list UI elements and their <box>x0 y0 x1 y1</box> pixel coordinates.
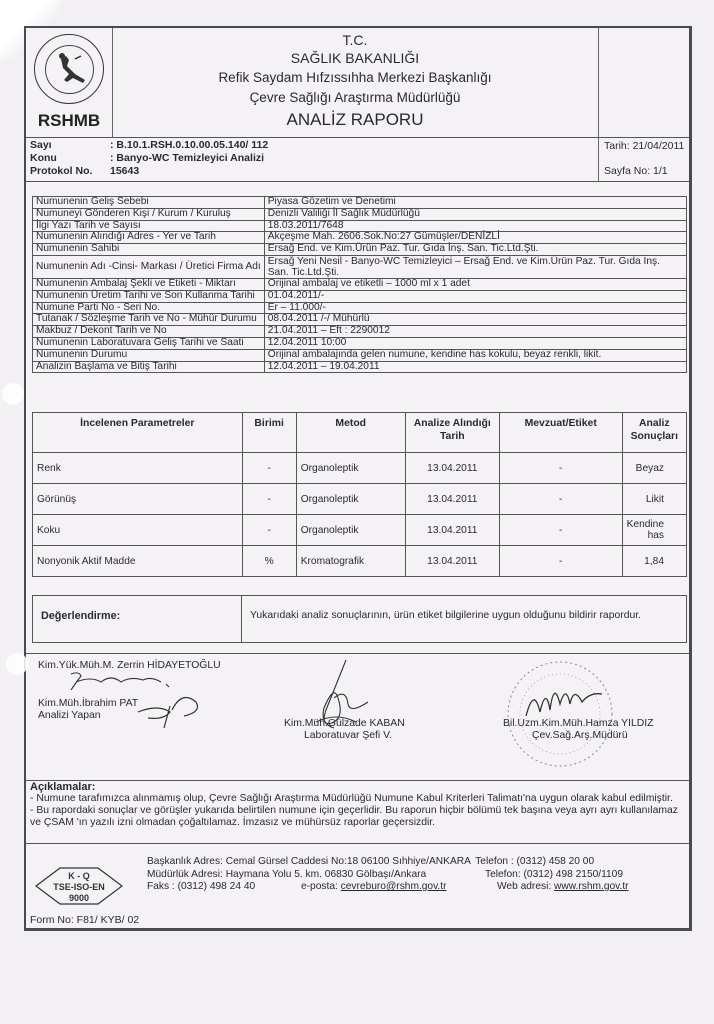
col-header-regulation: Mevzuat/Etiket <box>499 413 622 453</box>
col-header-parameter: İncelenen Parametreler <box>33 413 243 453</box>
parameter-cell: Koku <box>33 515 243 546</box>
regulation-cell: - <box>499 484 622 515</box>
unit-cell: - <box>242 515 296 546</box>
info-row: Tutanak / Sözleşme Tarih ve No - Mühür D… <box>33 314 687 326</box>
table-row: Koku-Organoleptik13.04.2011-Kendine has <box>33 515 687 546</box>
institution-seal-icon <box>34 34 104 104</box>
table-row: Renk-Organoleptik13.04.2011-Beyaz <box>33 453 687 484</box>
signer-2-name: Kim.Müh.İbrahim PAT <box>38 698 138 710</box>
fax-number: Faks : (0312) 498 24 40 <box>147 881 255 892</box>
info-value: 12.04.2011 – 19.04.2011 <box>264 361 686 373</box>
protokol-label: Protokol No. <box>30 165 110 178</box>
evaluation-label: Değerlendirme: <box>41 610 120 622</box>
date-cell: 13.04.2011 <box>405 546 499 577</box>
email-label: e-posta: <box>301 881 341 892</box>
signer-4-name: Bil.Uzm.Kim.Müh.Hamza YILDIZ <box>503 718 654 730</box>
info-row: Numunenin Geliş SebebiPiyasa Gözetim ve … <box>33 197 687 209</box>
sample-info-table: Numunenin Geliş SebebiPiyasa Gözetim ve … <box>32 196 687 373</box>
method-cell: Organoleptik <box>296 515 405 546</box>
notes-title: Açıklamalar: <box>30 781 690 793</box>
konu-label: Konu <box>30 152 110 165</box>
report-page: RSHMB T.C. SAĞLIK BAKANLIĞI Refik Saydam… <box>24 26 692 931</box>
report-date: Tarih: 21/04/2011 <box>604 140 684 152</box>
info-row: Numuneyi Gönderen Kişi / Kurum / Kuruluş… <box>33 208 687 220</box>
signature-2-icon <box>136 690 216 730</box>
info-value: Akçeşme Mah. 2606.Sok.No:27 Gümüşler/DEN… <box>264 232 686 244</box>
web-label: Web adresi: <box>497 881 554 892</box>
info-row: Numunenin Laboratuvara Geliş Tarihi ve S… <box>33 337 687 349</box>
unit-cell: - <box>242 484 296 515</box>
konu-value: : Banyo-WC Temizleyici Analizi <box>110 152 264 165</box>
result-cell: Beyaz <box>622 453 686 484</box>
ministry-line: SAĞLIK BAKANLIĞI <box>112 49 598 67</box>
svg-text:TSE-ISO-EN: TSE-ISO-EN <box>53 882 105 892</box>
unit-cell: - <box>242 453 296 484</box>
report-title: ANALİZ RAPORU <box>112 111 598 129</box>
punch-hole <box>6 653 28 675</box>
report-header: RSHMB T.C. SAĞLIK BAKANLIĞI Refik Saydam… <box>26 28 689 138</box>
protokol-value: 15643 <box>110 165 139 178</box>
col-header-result: Analiz Sonuçları <box>622 413 686 453</box>
method-cell: Organoleptik <box>296 484 405 515</box>
institution-line: Refik Saydam Hıfzıssıhha Merkezi Başkanl… <box>112 69 598 87</box>
info-row: Numunenin Ambalaj Şekli ve Etiketi - Mik… <box>33 278 687 290</box>
col-header-date: Analize Alındığı Tarih <box>405 413 499 453</box>
footer: K - Q TSE-ISO-EN 9000 Başkanlık Adres: C… <box>26 843 689 914</box>
signer-2-role: Analizi Yapan <box>38 710 101 722</box>
report-meta: Sayı : B.10.1.RSH.0.10.00.05.140/ 112 Ko… <box>26 137 689 182</box>
info-label: Numunenin Adı -Cinsi- Markası / Üretici … <box>33 255 265 278</box>
info-value: Ersağ End. ve Kim.Ürün Paz. Tur. Gıda İn… <box>264 244 686 256</box>
directorate-address: Müdürlük Adresi: Haymana Yolu 5. km. 068… <box>147 869 426 880</box>
notes-section: Açıklamalar: - Numune tarafımızca alınma… <box>30 781 690 829</box>
result-cell: Kendine has <box>622 515 686 546</box>
punch-hole <box>2 383 24 405</box>
divider <box>241 596 242 642</box>
evaluation-box: Değerlendirme: Yukarıdaki analiz sonuçla… <box>32 595 687 643</box>
analysis-results-table: İncelenen Parametreler Birimi Metod Anal… <box>32 412 687 577</box>
meta-right-cell: Tarih: 21/04/2011 Sayfa No: 1/1 <box>598 137 693 181</box>
country-line: T.C. <box>112 31 598 49</box>
web-link[interactable]: www.rshm.gov.tr <box>554 881 629 892</box>
svg-text:9000: 9000 <box>69 893 89 903</box>
info-value: 21.04.2011 – Eft : 2290012 <box>264 326 686 338</box>
signer-3-role: Laboratuvar Şefi V. <box>304 730 392 742</box>
regulation-cell: - <box>499 453 622 484</box>
department-line: Çevre Sağlığı Araştırma Müdürlüğü <box>112 89 598 107</box>
info-row: Numunenin DurumuOrijinal ambalajında gel… <box>33 349 687 361</box>
tse-iso-certification-badge-icon: K - Q TSE-ISO-EN 9000 <box>34 866 124 906</box>
info-label: Analizin Başlama ve Bitiş Tarihi <box>33 361 265 373</box>
svg-text:K - Q: K - Q <box>68 871 90 881</box>
info-value: 12.04.2011 10:00 <box>264 337 686 349</box>
info-label: Numunenin Durumu <box>33 349 265 361</box>
col-header-method: Metod <box>296 413 405 453</box>
signer-4-role: Çev.Sağ.Arş.Müdürü <box>532 730 628 742</box>
col-header-unit: Birimi <box>242 413 296 453</box>
sayi-value: : B.10.1.RSH.0.10.00.05.140/ 112 <box>110 139 268 152</box>
info-label: Numunenin Laboratuvara Geliş Tarihi ve S… <box>33 337 265 349</box>
info-label: Numunenin Geliş Sebebi <box>33 197 265 209</box>
info-row: Makbuz / Dekont Tarih ve No21.04.2011 – … <box>33 326 687 338</box>
result-cell: Likit <box>622 484 686 515</box>
info-label: Numunenin Alındığı Adres - Yer ve Tarih <box>33 232 265 244</box>
logo-text: RSHMB <box>26 111 112 131</box>
title-block: T.C. SAĞLIK BAKANLIĞI Refik Saydam Hıfzı… <box>112 28 598 137</box>
info-value: 08.04.2011 /-/ Mühürlü <box>264 314 686 326</box>
parameter-cell: Renk <box>33 453 243 484</box>
info-row: Numunenin Üretim Tarihi ve Son Kullanma … <box>33 290 687 302</box>
method-cell: Kromatografik <box>296 546 405 577</box>
regulation-cell: - <box>499 546 622 577</box>
logo-cell: RSHMB <box>26 28 113 137</box>
note-item: - Numune tarafımızca alınmamış olup, Çev… <box>30 793 690 805</box>
parameter-cell: Görünüş <box>33 484 243 515</box>
regulation-cell: - <box>499 515 622 546</box>
info-value: Piyasa Gözetim ve Denetimi <box>264 197 686 209</box>
signature-area: Kim.Yük.Müh.M. Zerrin HİDAYETOĞLU Kim.Mü… <box>26 653 689 781</box>
info-value: Er – 11.000/- <box>264 302 686 314</box>
result-cell: 1,84 <box>622 546 686 577</box>
hq-phone: Telefon : (0312) 458 20 00 <box>475 856 594 867</box>
note-item: - Bu rapordaki sonuçlar ve görüşler yuka… <box>30 805 690 829</box>
page-number: Sayfa No: 1/1 <box>604 165 668 177</box>
table-row: Nonyonik Aktif Madde%Kromatografik13.04.… <box>33 546 687 577</box>
info-label: Numunenin Üretim Tarihi ve Son Kullanma … <box>33 290 265 302</box>
date-cell: 13.04.2011 <box>405 515 499 546</box>
parameter-cell: Nonyonik Aktif Madde <box>33 546 243 577</box>
info-value: Orijinal ambalajında gelen numune, kendi… <box>264 349 686 361</box>
info-label: İlgi Yazı Tarih ve Sayısı <box>33 220 265 232</box>
table-header-row: İncelenen Parametreler Birimi Metod Anal… <box>33 413 687 453</box>
method-cell: Organoleptik <box>296 453 405 484</box>
unit-cell: % <box>242 546 296 577</box>
info-value: 01.04.2011/- <box>264 290 686 302</box>
address-block: Başkanlık Adres: Cemal Gürsel Caddesi No… <box>147 856 594 894</box>
info-label: Numunenin Sahibi <box>33 244 265 256</box>
info-row: Numunenin Alındığı Adres - Yer ve TarihA… <box>33 232 687 244</box>
info-row: Analizin Başlama ve Bitiş Tarihi12.04.20… <box>33 361 687 373</box>
info-row: Numunenin Adı -Cinsi- Markası / Üretici … <box>33 255 687 278</box>
date-cell: 13.04.2011 <box>405 453 499 484</box>
info-row: Numune Parti No - Seri No.Er – 11.000/- <box>33 302 687 314</box>
table-row: Görünüş-Organoleptik13.04.2011-Likit <box>33 484 687 515</box>
official-stamp-icon <box>496 656 626 776</box>
info-value: Orijinal ambalaj ve etiketli – 1000 ml x… <box>264 278 686 290</box>
info-row: Numunenin SahibiErsağ End. ve Kim.Ürün P… <box>33 244 687 256</box>
sayi-label: Sayı <box>30 139 110 152</box>
info-label: Numunenin Ambalaj Şekli ve Etiketi - Mik… <box>33 278 265 290</box>
info-label: Numuneyi Gönderen Kişi / Kurum / Kuruluş <box>33 208 265 220</box>
info-label: Makbuz / Dekont Tarih ve No <box>33 326 265 338</box>
info-value: Ersağ Yeni Nesil - Banyo-WC Temizleyici … <box>264 255 686 278</box>
evaluation-text: Yukarıdaki analiz sonuçlarının, ürün eti… <box>250 610 641 621</box>
date-cell: 13.04.2011 <box>405 484 499 515</box>
form-number: Form No: F81/ KYB/ 02 <box>30 914 139 926</box>
info-label: Tutanak / Sözleşme Tarih ve No - Mühür D… <box>33 314 265 326</box>
info-value: Denizli Valiliği İl Sağlık Müdürlüğü <box>264 208 686 220</box>
email-link[interactable]: cevreburo@rshm.gov.tr <box>341 881 447 892</box>
signer-3-name: Kim.Müh.Gülzade KABAN <box>284 718 405 730</box>
header-right-cell <box>598 28 693 137</box>
directorate-phone: Telefon: (0312) 498 2150/1109 <box>485 869 623 882</box>
hq-address: Başkanlık Adres: Cemal Gürsel Caddesi No… <box>147 856 470 867</box>
info-label: Numune Parti No - Seri No. <box>33 302 265 314</box>
